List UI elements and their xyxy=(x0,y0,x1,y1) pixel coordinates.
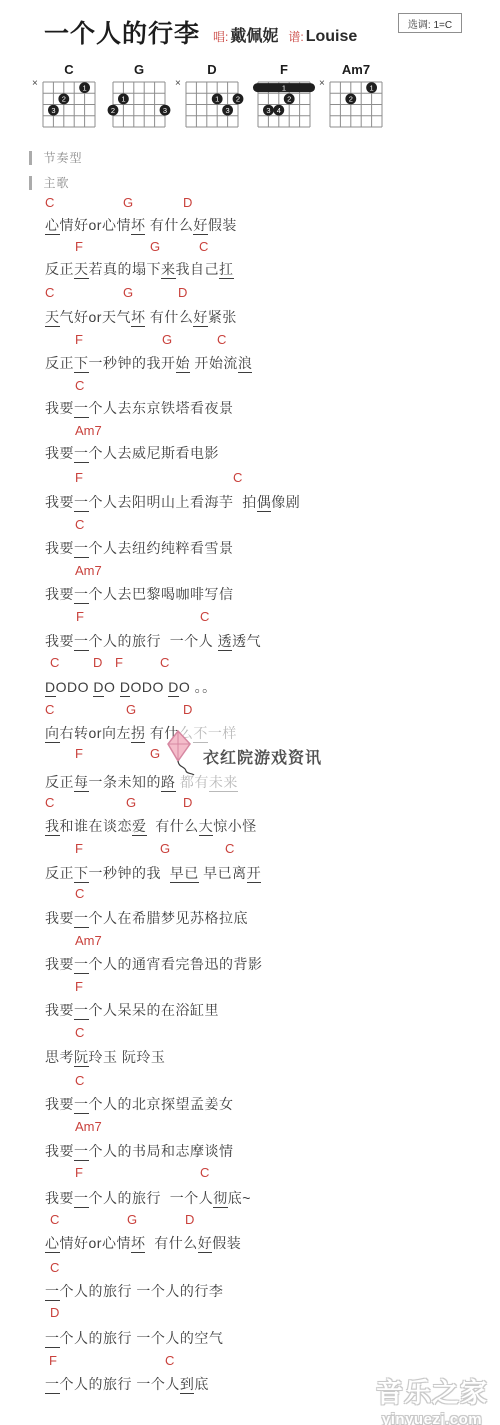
svg-text:G: G xyxy=(134,62,144,77)
lyric-segment: 偶 xyxy=(257,494,272,512)
svg-text:4: 4 xyxy=(277,106,281,115)
chord-label: F xyxy=(75,333,83,346)
lyric-segment: 一 xyxy=(74,540,89,558)
lyric-segment: 浪 xyxy=(238,355,253,373)
svg-text:3: 3 xyxy=(163,106,167,115)
lyric-row: 我要一个人在希腊梦见苏格拉底 xyxy=(45,910,248,926)
chord-label: C xyxy=(45,286,54,299)
lyric-segment: 有什么 xyxy=(145,217,193,233)
svg-text:2: 2 xyxy=(236,95,240,104)
lyric-segment: 我要 xyxy=(45,956,74,972)
lyric-segment: 透 xyxy=(218,633,233,651)
lyric-segment: ODO xyxy=(56,679,94,695)
lyric-segment: 来 xyxy=(161,261,176,279)
chord-diagram-f: F1234 xyxy=(246,60,318,137)
lyric-segment: 一秒钟的我开 xyxy=(89,355,176,371)
lyric-segment: 坏 xyxy=(131,309,146,327)
svg-text:×: × xyxy=(319,78,325,89)
svg-text:3: 3 xyxy=(51,106,55,115)
lyric-row: 我要一个人去巴黎喝咖啡写信 xyxy=(45,586,234,602)
svg-text:D: D xyxy=(207,62,216,77)
chord-diagram-d: D×123 xyxy=(174,60,246,137)
lyric-row: 我要一个人去纽约纯粹看雪景 xyxy=(45,540,234,556)
lyric-segment: 彻 xyxy=(213,1190,228,1208)
lyric-segment: 一秒钟的我 xyxy=(89,865,170,881)
lyric-segment: 向 xyxy=(45,725,60,743)
lyric-segment: 我要 xyxy=(45,633,74,649)
lyric-segment: O xyxy=(104,679,120,695)
svg-text:2: 2 xyxy=(111,106,115,115)
chord-diagram-c: C×123 xyxy=(31,60,103,137)
lyric-segment: 个人在希腊梦见苏格拉底 xyxy=(89,910,249,926)
lyric-segment: 我要 xyxy=(45,910,74,926)
lyric-segment: 假装 xyxy=(208,217,237,233)
lyric-segment: 坏 xyxy=(131,217,146,235)
lyric-segment: D xyxy=(120,679,131,697)
chord-label: Am7 xyxy=(75,564,102,577)
lyric-row: 我要一个人去东京铁塔看夜景 xyxy=(45,400,234,416)
svg-text:C: C xyxy=(64,62,74,77)
lyric-segment: 像剧 xyxy=(271,494,300,510)
chord-label: G xyxy=(127,1213,137,1226)
chord-label: C xyxy=(200,610,209,623)
svg-text:×: × xyxy=(175,78,181,89)
song-title: 一个人的行李 xyxy=(44,14,200,50)
lyric-row: 我要一个人的旅行 一个人 透透气 xyxy=(45,633,261,649)
lyric-segment: 一 xyxy=(74,956,89,974)
lyric-segment: 爱 xyxy=(132,818,147,836)
svg-text:×: × xyxy=(32,78,38,89)
lyric-segment: 惊小怪 xyxy=(213,818,257,834)
chord-label: D xyxy=(183,796,192,809)
lyric-segment: 一条未知的 xyxy=(89,774,162,790)
lyric-segment: 一 xyxy=(74,1002,89,1020)
chord-row: CGD xyxy=(0,196,500,210)
lyric-segment: 一 xyxy=(74,1096,89,1114)
section-marker: 主歌 xyxy=(29,175,70,190)
bottom-watermark: 音乐之家 yinyuezj.com xyxy=(370,1371,494,1425)
lyric-segment: 玲玉 阮玲玉 xyxy=(89,1049,166,1065)
svg-text:1: 1 xyxy=(121,95,125,104)
lyric-row: 思考阮玲玉 阮玲玉 xyxy=(45,1049,165,1065)
chord-label: F xyxy=(75,842,83,855)
chord-label: G xyxy=(150,240,160,253)
section-marker: 节奏型 xyxy=(29,150,83,165)
chord-label: C xyxy=(50,656,59,669)
lyric-segment: 个人去巴黎喝咖啡写信 xyxy=(89,586,234,602)
chord-label: F xyxy=(75,980,83,993)
chord-label: C xyxy=(45,196,54,209)
lyric-segment: 我要 xyxy=(45,1096,74,1112)
lyric-segment: 气好or天气 xyxy=(60,309,131,325)
chord-row: FGC xyxy=(0,842,500,856)
bottom-watermark-title: 音乐之家 xyxy=(370,1371,494,1410)
lyric-segment: D xyxy=(93,679,104,697)
chord-label: C xyxy=(199,240,208,253)
lyric-segment: 个人呆呆的在浴缸里 xyxy=(89,1002,220,1018)
lyric-segment: D xyxy=(168,679,179,697)
kite-icon xyxy=(165,728,199,776)
chord-label: C xyxy=(217,333,226,346)
chord-row: FGC xyxy=(0,333,500,347)
lyric-segment: 我要 xyxy=(45,494,74,510)
chord-diagram-am7: Am7×12 xyxy=(318,60,390,137)
lyric-segment: 有什么 xyxy=(145,1235,197,1251)
lyric-segment: 反正 xyxy=(45,355,74,371)
lyric-segment: 开 xyxy=(247,865,262,883)
lyric-segment: 若真的塌下 xyxy=(89,261,162,277)
lyric-segment: 始 xyxy=(176,355,191,373)
chord-label: C xyxy=(75,379,84,392)
lyric-segment: 拐 xyxy=(131,725,146,743)
lyric-segment: 一 xyxy=(45,1376,60,1394)
lyric-segment: 反正 xyxy=(45,774,74,790)
svg-text:2: 2 xyxy=(62,95,66,104)
chord-row: CGD xyxy=(0,796,500,810)
lyric-segment: 一 xyxy=(74,586,89,604)
chord-label: Am7 xyxy=(75,934,102,947)
composer-label: 谱: xyxy=(288,30,303,44)
lyric-segment: 个人的书局和志摩谈情 xyxy=(89,1143,234,1159)
lyric-segment: 一 xyxy=(74,910,89,928)
chord-label: D xyxy=(50,1306,59,1319)
lyric-row: 我要一个人去阳明山上看海芋 拍偶像剧 xyxy=(45,494,300,510)
svg-text:3: 3 xyxy=(226,106,230,115)
chord-label: C xyxy=(50,1261,59,1274)
section-label: 主歌 xyxy=(44,174,70,191)
mid-watermark-text: 衣红院游戏资讯 xyxy=(203,745,322,768)
chord-label: G xyxy=(162,333,172,346)
vocal-name: 戴佩妮 xyxy=(230,28,278,45)
lyric-segment: O 。。 xyxy=(179,679,217,695)
svg-text:2: 2 xyxy=(349,95,353,104)
lyric-segment: 都有 xyxy=(180,774,209,790)
lyric-row: 反正每一条未知的路 都有未来 xyxy=(45,774,238,790)
lyric-row: 一个人的旅行 一个人的空气 xyxy=(45,1330,223,1346)
chord-label: D xyxy=(185,1213,194,1226)
chord-label: C xyxy=(75,1074,84,1087)
svg-text:3: 3 xyxy=(266,106,270,115)
chord-label: C xyxy=(50,1213,59,1226)
lyric-row: 反正下一秒钟的我 早已 早已离开 xyxy=(45,865,261,881)
lyric-segment: 一 xyxy=(74,633,89,651)
lyric-segment: 大 xyxy=(199,818,214,836)
chord-row: FC xyxy=(0,1166,500,1180)
chord-label: D xyxy=(178,286,187,299)
chord-label: C xyxy=(45,796,54,809)
lyric-row: 我要一个人的书局和志摩谈情 xyxy=(45,1143,234,1159)
lyric-segment: 情好or心情 xyxy=(60,217,131,233)
section-label: 节奏型 xyxy=(44,149,83,166)
lyric-segment: 好 xyxy=(198,1235,213,1253)
svg-text:1: 1 xyxy=(83,83,87,92)
chord-label: D xyxy=(183,703,192,716)
lyric-segment: 到 xyxy=(180,1376,195,1394)
lyric-row: 一个人的旅行 一个人到底 xyxy=(45,1376,209,1392)
svg-text:F: F xyxy=(280,62,288,77)
lyric-segment: 扛 xyxy=(219,261,234,279)
lyric-segment: 反正 xyxy=(45,865,74,881)
chord-label: C xyxy=(45,703,54,716)
chord-diagram-g: G123 xyxy=(101,60,173,137)
key-selector-box: 选调: 1=C xyxy=(398,13,462,33)
section-bar xyxy=(29,151,32,165)
lyric-segment: 情好or心情 xyxy=(60,1235,131,1251)
lyric-segment: 透气 xyxy=(232,633,261,649)
chord-label: F xyxy=(75,747,83,760)
lyric-row: 我要一个人的北京探望孟姜女 xyxy=(45,1096,234,1112)
lyric-row: 反正天若真的塌下来我自己扛 xyxy=(45,261,234,277)
lyric-segment: 我要 xyxy=(45,1002,74,1018)
chord-label: F xyxy=(75,1166,83,1179)
lyric-segment: 好 xyxy=(193,309,208,327)
section-bar xyxy=(29,176,32,190)
chord-label: G xyxy=(160,842,170,855)
lyric-segment: 个人的北京探望孟姜女 xyxy=(89,1096,234,1112)
chord-row: C xyxy=(0,379,500,393)
chord-row: Am7 xyxy=(0,564,500,578)
vocal-label: 唱: xyxy=(213,30,228,44)
chord-label: F xyxy=(75,471,83,484)
chord-row: Am7 xyxy=(0,1120,500,1134)
lyric-row: 我要一个人的通宵看完鲁迅的背影 xyxy=(45,956,263,972)
lyric-segment: 我要 xyxy=(45,1190,74,1206)
chord-row: CGD xyxy=(0,286,500,300)
chord-label: C xyxy=(75,1026,84,1039)
lyric-segment: 早已离 xyxy=(199,865,247,881)
lyric-segment: 一 xyxy=(74,400,89,418)
lyric-segment: 我要 xyxy=(45,445,74,461)
chord-label: F xyxy=(75,240,83,253)
lyric-segment: 下 xyxy=(74,355,89,373)
lyric-segment: 个人的旅行 一个人 xyxy=(89,633,218,649)
lyric-row: 我要一个人的旅行 一个人彻底~ xyxy=(45,1190,251,1206)
lyric-segment: 下 xyxy=(74,865,89,883)
chord-label: C xyxy=(225,842,234,855)
chord-label: D xyxy=(93,656,102,669)
chord-row: CGD xyxy=(0,1213,500,1227)
chord-label: F xyxy=(49,1354,57,1367)
chord-label: C xyxy=(75,518,84,531)
lyric-segment: 个人的旅行 一个人的行李 xyxy=(60,1283,224,1299)
composer-name: Louise xyxy=(306,28,358,45)
svg-text:2: 2 xyxy=(287,95,291,104)
lyric-segment: 心 xyxy=(45,217,60,235)
chord-label: C xyxy=(160,656,169,669)
chord-label: D xyxy=(183,196,192,209)
chord-row: C xyxy=(0,1074,500,1088)
chord-row: Am7 xyxy=(0,424,500,438)
svg-text:1: 1 xyxy=(215,95,219,104)
chord-label: F xyxy=(76,610,84,623)
chord-label: C xyxy=(233,471,242,484)
svg-text:1: 1 xyxy=(370,83,374,92)
lyric-segment: 天 xyxy=(74,261,89,279)
lyric-segment: 一 xyxy=(74,1190,89,1208)
chord-row: Am7 xyxy=(0,934,500,948)
lyric-row: 天气好or天气坏 有什么好紧张 xyxy=(45,309,237,325)
lyric-row: 我要一个人去威尼斯看电影 xyxy=(45,445,219,461)
lyric-segment: 每 xyxy=(74,774,89,792)
lyric-segment: 个人的旅行 一个人 xyxy=(89,1190,214,1206)
lyric-segment: 个人的通宵看完鲁迅的背影 xyxy=(89,956,263,972)
lyric-segment: 我要 xyxy=(45,586,74,602)
lyric-segment: 我 xyxy=(45,818,60,836)
lyric-segment: 一 xyxy=(45,1283,60,1301)
chord-label: G xyxy=(150,747,160,760)
chord-label: G xyxy=(123,196,133,209)
lyric-row: 心情好or心情坏 有什么好假装 xyxy=(45,217,237,233)
bottom-watermark-site: yinyuezj.com xyxy=(370,1411,494,1425)
lyric-segment: 个人去威尼斯看电影 xyxy=(89,445,220,461)
lyric-segment: 我要 xyxy=(45,540,74,556)
lyric-segment: 思考 xyxy=(45,1049,74,1065)
credits: 唱:戴佩妮谱:Louise xyxy=(213,23,367,46)
lyric-segment: ODO xyxy=(130,679,168,695)
lyric-segment: 一 xyxy=(74,1143,89,1161)
chord-label: Am7 xyxy=(75,1120,102,1133)
chord-label: G xyxy=(123,286,133,299)
chord-label: Am7 xyxy=(75,424,102,437)
chord-row: FC xyxy=(0,610,500,624)
lyric-segment: 个人去纽约纯粹看雪景 xyxy=(89,540,234,556)
chord-label: G xyxy=(126,703,136,716)
lyric-segment: 紧张 xyxy=(208,309,237,325)
chord-row: CDFC xyxy=(0,656,500,670)
lyric-segment: 个人去阳明山上看海芋 拍 xyxy=(89,494,257,510)
lyric-segment: 我要 xyxy=(45,400,74,416)
lyric-row: 一个人的旅行 一个人的行李 xyxy=(45,1283,223,1299)
svg-text:1: 1 xyxy=(282,84,286,93)
lyric-row: DODO DO DODO DO 。。 xyxy=(45,679,217,695)
lyric-segment: 坏 xyxy=(131,1235,146,1253)
lyric-segment: 开始流 xyxy=(190,355,238,371)
lyric-row: 我要一个人呆呆的在浴缸里 xyxy=(45,1002,219,1018)
chord-row: C xyxy=(0,518,500,532)
lyric-segment: 个人的旅行 一个人 xyxy=(60,1376,180,1392)
lyric-segment: 个人去东京铁塔看夜景 xyxy=(89,400,234,416)
chord-row: C xyxy=(0,887,500,901)
chord-row: CGD xyxy=(0,703,500,717)
lyric-segment: 一 xyxy=(74,445,89,463)
lyric-segment: 和谁在谈恋 xyxy=(60,818,133,834)
lyric-segment: 我要 xyxy=(45,1143,74,1159)
lyric-segment: 有什么 xyxy=(145,309,193,325)
chord-label: G xyxy=(126,796,136,809)
chord-row: FGC xyxy=(0,240,500,254)
lyric-segment: 未来 xyxy=(209,774,238,792)
lyric-segment: 我自己 xyxy=(176,261,220,277)
lyric-segment: 好 xyxy=(193,217,208,235)
lyric-segment: 反正 xyxy=(45,261,74,277)
lyric-segment: D xyxy=(45,679,56,697)
chord-row: D xyxy=(0,1306,500,1320)
chord-row: C xyxy=(0,1026,500,1040)
chord-label: C xyxy=(75,887,84,900)
lyric-segment: 早已 xyxy=(170,865,199,883)
lyric-segment: 路 xyxy=(161,774,176,792)
svg-text:Am7: Am7 xyxy=(342,62,370,77)
lyric-segment: 底~ xyxy=(228,1190,251,1206)
chord-row: FC xyxy=(0,1354,500,1368)
chord-row: F xyxy=(0,980,500,994)
lyric-segment: 右转or向左 xyxy=(60,725,131,741)
lyric-row: 反正下一秒钟的我开始 开始流浪 xyxy=(45,355,252,371)
lyric-segment: 天 xyxy=(45,309,60,327)
lyric-segment: 阮 xyxy=(74,1049,89,1067)
chord-sheet-page: 一个人的行李 唱:戴佩妮谱:Louise 选调: 1=C C×123G123D×… xyxy=(0,0,500,1425)
lyric-segment: 假装 xyxy=(212,1235,241,1251)
lyric-row: 我和谁在谈恋爱 有什么大惊小怪 xyxy=(45,818,257,834)
lyric-segment: 心 xyxy=(45,1235,60,1253)
chord-label: C xyxy=(165,1354,174,1367)
mid-watermark: 衣红院游戏资讯 xyxy=(165,728,322,776)
chord-row: C xyxy=(0,1261,500,1275)
lyric-segment: 一 xyxy=(74,494,89,512)
lyric-segment: 个人的旅行 一个人的空气 xyxy=(60,1330,224,1346)
lyric-segment: 一 xyxy=(45,1330,60,1348)
lyric-segment: 有什么 xyxy=(147,818,199,834)
chord-label: F xyxy=(115,656,123,669)
chord-label: C xyxy=(200,1166,209,1179)
chord-row: FC xyxy=(0,471,500,485)
lyric-row: 心情好or心情坏 有什么好假装 xyxy=(45,1235,241,1251)
lyric-segment: 底 xyxy=(194,1376,209,1392)
